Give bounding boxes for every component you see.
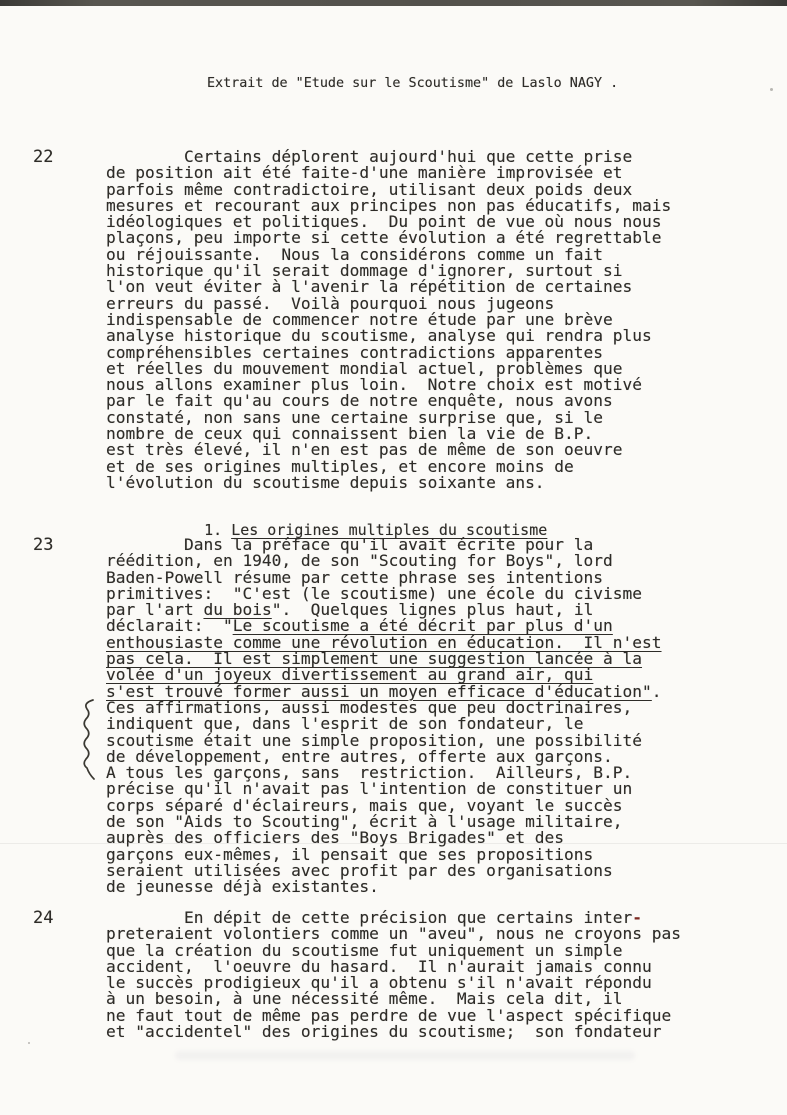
fold-line-artifact: [0, 843, 787, 844]
text-line: de jeunesse déjà existantes.: [106, 879, 662, 895]
paragraph-text: Certains déplorent aujourd'hui que cette…: [106, 149, 671, 491]
text-line: et "accidentel" des origines du scoutism…: [106, 1024, 681, 1040]
paragraph-number: 22: [33, 149, 53, 165]
ink-speck: [28, 1042, 30, 1044]
text-line: l'évolution du scoutisme depuis soixante…: [106, 475, 671, 491]
ink-speck: [770, 88, 773, 91]
paragraph-text: En dépit de cette précision que certains…: [106, 910, 681, 1040]
paragraph-text: Dans la préface qu'il avait écrite pour …: [106, 537, 662, 896]
document-title: Extrait de "Etude sur le Scoutisme" de L…: [207, 76, 618, 91]
paragraph-number: 23: [33, 537, 53, 553]
paragraph-number: 24: [33, 910, 53, 926]
scanned-document-page: Extrait de "Etude sur le Scoutisme" de L…: [0, 0, 787, 1115]
scan-smudge-artifact: [175, 1051, 635, 1060]
margin-brace-annotation: [78, 698, 98, 782]
scan-top-edge-artifact: [0, 0, 787, 6]
